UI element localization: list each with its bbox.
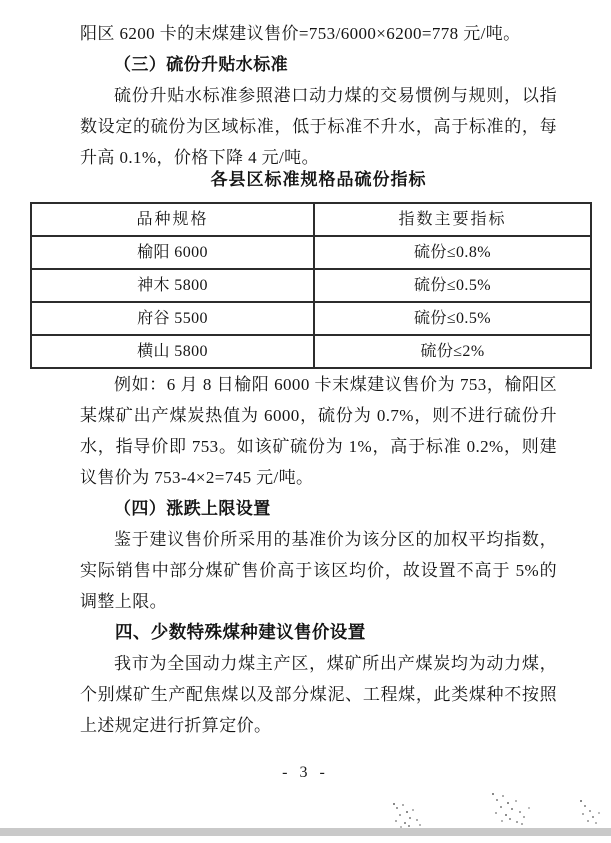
scan-noise-speckles <box>492 793 494 795</box>
cell-spec-hengshan: 横山 5800 <box>31 335 314 368</box>
table-header-spec: 品种规格 <box>31 203 314 236</box>
section4-heading: （四）涨跌上限设置 <box>80 493 557 524</box>
table-row: 榆阳 6000 硫份≤0.8% <box>31 236 591 269</box>
cell-index-yuyang: 硫份≤0.8% <box>314 236 591 269</box>
table-row: 神木 5800 硫份≤0.5% <box>31 269 591 302</box>
cell-spec-yuyang: 榆阳 6000 <box>31 236 314 269</box>
table-header-row: 品种规格 指数主要指标 <box>31 203 591 236</box>
example-paragraph: 例如：6 月 8 日榆阳 6000 卡末煤建议售价为 753，榆阳区某煤矿出产煤… <box>80 369 557 493</box>
cell-index-hengshan: 硫份≤2% <box>314 335 591 368</box>
cell-index-fugu: 硫份≤0.5% <box>314 302 591 335</box>
scan-noise-speckles <box>393 803 395 805</box>
continued-paragraph: 阳区 6200 卡的末煤建议售价=753/6000×6200=778 元/吨。 <box>80 18 557 49</box>
cell-index-shenmu: 硫份≤0.5% <box>314 269 591 302</box>
scan-edge-bar <box>0 828 611 836</box>
sulfur-spec-table: 品种规格 指数主要指标 榆阳 6000 硫份≤0.8% 神木 5800 硫份≤0… <box>30 202 592 369</box>
section3-paragraph: 硫份升贴水标准参照港口动力煤的交易惯例与规则，以指数设定的硫份为区域标准，低于标… <box>80 80 557 173</box>
part4-paragraph: 我市为全国动力煤主产区，煤矿所出产煤炭均为动力煤，个别煤矿生产配焦煤以及部分煤泥… <box>80 648 557 741</box>
section4-paragraph: 鉴于建议售价所采用的基准价为该分区的加权平均指数，实际销售中部分煤矿售价高于该区… <box>80 524 557 617</box>
table-row: 横山 5800 硫份≤2% <box>31 335 591 368</box>
scan-noise-speckles <box>580 800 582 802</box>
cell-spec-shenmu: 神木 5800 <box>31 269 314 302</box>
table-header-index: 指数主要指标 <box>314 203 591 236</box>
cell-spec-fugu: 府谷 5500 <box>31 302 314 335</box>
document-body: 阳区 6200 卡的末煤建议售价=753/6000×6200=778 元/吨。 … <box>80 18 557 741</box>
page-number: - 3 - <box>0 763 611 783</box>
document-page: 阳区 6200 卡的末煤建议售价=753/6000×6200=778 元/吨。 … <box>0 0 611 843</box>
part4-heading: 四、少数特殊煤种建议售价设置 <box>80 617 557 648</box>
table-row: 府谷 5500 硫份≤0.5% <box>31 302 591 335</box>
section3-heading: （三）硫份升贴水标准 <box>80 49 557 80</box>
